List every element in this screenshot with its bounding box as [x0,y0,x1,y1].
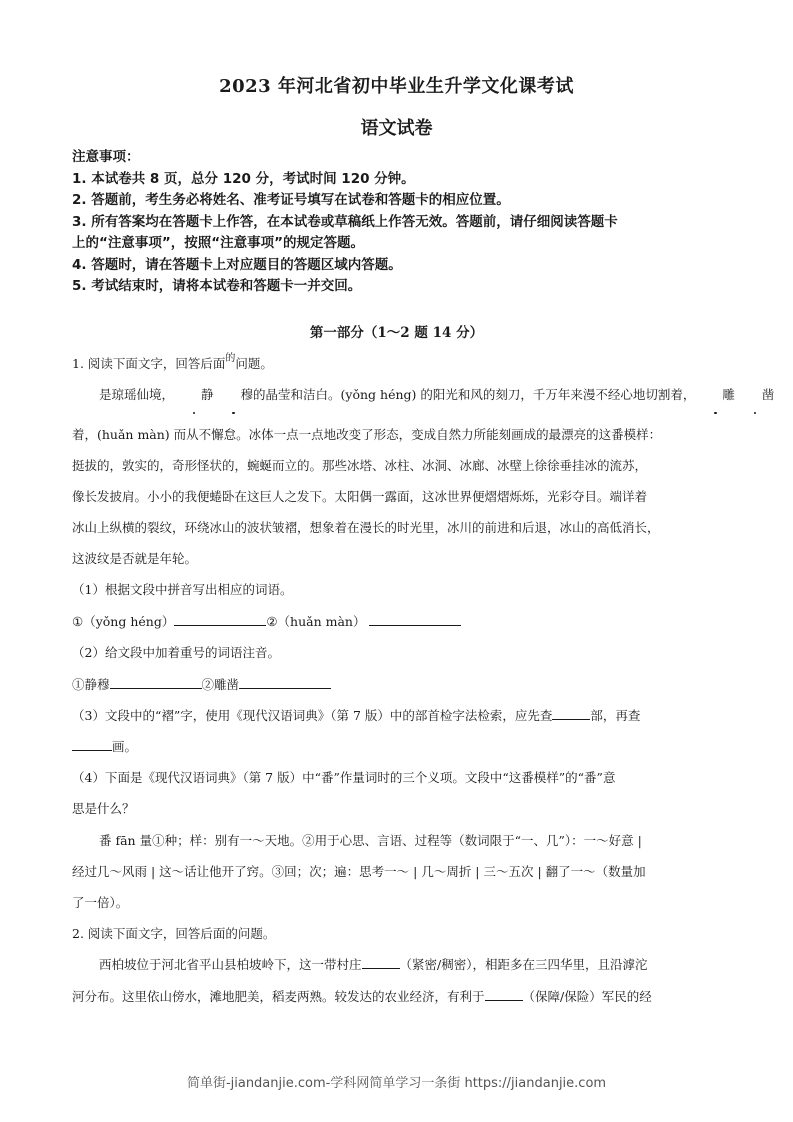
passage-line-1: 是琼瑶仙境，静穆的晶莹和洁白。(yǒng héng) 的阳光和风的刻刀，千万年来… [72,379,752,410]
sub-question-2-answers: ①静穆②雕凿 [72,675,331,693]
passage-line-3: 挺拔的，敦实的，奇形怪状的，蜿蜒而立的。那些冰塔、冰柱、冰洞、冰廊、冰壁上徐徐垂… [72,456,647,474]
answer-blank[interactable] [174,613,266,626]
dictionary-entry-line-3: 了一倍）。 [72,893,128,911]
notice-item: 3. 所有答案均在答题卡上作答，在本试卷或草稿纸上作答无效。答题前，请仔细阅读答… [72,212,732,234]
sub-question-4-line-1: （4）下面是《现代汉语词典》（第 7 版）中“番”作量词时的三个义项。文段中“这… [72,768,615,786]
passage-text: 河分布。这里依山傍水，滩地肥美，稻麦两熟。较发达的农业经济，有利于 [72,989,485,1004]
question-1-prompt: 1. 阅读下面文字，回答后面的问题。 [72,354,273,372]
notice-block: 注意事项： 1. 本试卷共 8 页，总分 120 分，考试时间 120 分钟。 … [72,147,732,298]
exam-title: 2023 年河北省初中毕业生升学文化课考试 [0,72,793,98]
answer-blank[interactable] [485,988,523,1001]
sub-question-3-line-2: 画。 [72,737,137,755]
sub-question-1-label: （1）根据文段中拼音写出相应的词语。 [72,580,292,598]
emphasis-char: 静 [174,379,214,410]
question-2-prompt: 2. 阅读下面文字，回答后面的问题。 [72,924,275,942]
passage-line-5: 冰山上纵横的裂纹，环绕冰山的波状皱褶，想象着在漫长的时光里，冰川的前进和后退，冰… [72,518,660,536]
answer-label: ①静穆 [72,677,110,692]
question-text: 部，再查 [590,708,640,723]
notice-item: 5. 考试结束时，请将本试卷和答题卡一并交回。 [72,276,732,298]
passage-line-6: 这波纹是否就是年轮。 [72,549,197,567]
passage-line-2: 着，(huǎn màn) 而从不懈怠。冰体一点一点地改变了形态，变成自然力所能刻… [72,425,661,443]
question-text: （3）文段中的“褶”字，使用《现代汉语词典》（第 7 版）中的部首检字法检索，应… [72,708,552,723]
answer-blank[interactable] [362,956,400,969]
dictionary-entry-line-2: 经过几～风雨 | 这～话让他开了窍。③回；次；遍：思考一～ | 几～周折 | 三… [72,862,646,880]
emphasis-char: 雕 [695,379,735,410]
answer-blank[interactable] [239,676,331,689]
answer-blank[interactable] [369,613,461,626]
q2-passage-line-2: 河分布。这里依山傍水，滩地肥美，稻麦两熟。较发达的农业经济，有利于（保障/保险）… [72,987,652,1005]
notice-item: 上的“注意事项”，按照“注意事项”的规定答题。 [72,233,732,255]
prompt-text: 问题。 [235,356,273,371]
notice-item: 2. 答题前，考生务必将姓名、准考证号填写在试卷和答题卡的相应位置。 [72,190,732,212]
sub-question-1-answers: ①（yǒng héng）②（huǎn màn） [72,612,461,630]
section-heading: 第一部分（1～2 题 14 分） [0,321,793,341]
question-text: 画。 [112,739,137,754]
passage-text: 西柏坡位于河北省平山县柏坡岭下，这一带村庄 [99,957,362,972]
answer-blank[interactable] [72,738,112,751]
answer-blank[interactable] [110,676,202,689]
passage-text: 是琼瑶仙境， [99,387,174,402]
q2-passage-line-1: 西柏坡位于河北省平山县柏坡岭下，这一带村庄（紧密/稠密），相距多在三四华里，且沿… [99,955,647,973]
footer-watermark: 简单街-jiandanjie.com-学科网简单学习一条街 https://ji… [0,1072,793,1091]
notice-heading: 注意事项： [72,147,732,169]
sub-question-2-label: （2）给文段中加着重号的词语注音。 [72,643,280,661]
answer-label: ②雕凿 [202,677,240,692]
notice-item: 4. 答题时，请在答题卡上对应题目的答题区域内答题。 [72,255,732,277]
passage-line-4: 像长发披肩。小小的我便蜷卧在这巨人之发下。太阳偶一露面，这冰世界便熠熠烁烁，光彩… [72,487,647,505]
sub-question-3-line-1: （3）文段中的“褶”字，使用《现代汉语词典》（第 7 版）中的部首检字法检索，应… [72,706,640,724]
emphasis-char: 穆 [214,379,254,410]
passage-text: （紧密/稠密），相距多在三四华里，且沿滹沱 [400,957,648,972]
answer-blank[interactable] [552,707,590,720]
answer-label: ②（huǎn màn） [266,614,365,629]
exam-subtitle: 语文试卷 [0,114,793,140]
notice-item: 1. 本试卷共 8 页，总分 120 分，考试时间 120 分钟。 [72,169,732,191]
sub-question-4-line-2: 思是什么？ [72,799,135,817]
answer-label: ①（yǒng héng） [72,614,174,629]
passage-text: 的晶莹和洁白。(yǒng héng) 的阳光和风的刻刀，千万年来漫不经心地切割着… [253,387,695,402]
prompt-sup: 的 [225,353,235,364]
exam-page: 2023 年河北省初中毕业生升学文化课考试 语文试卷 注意事项： 1. 本试卷共… [0,0,793,1122]
dictionary-entry-line-1: 番 fān 量①种；样：别有一～天地。②用于心思、言语、过程等（数词限于“一、几… [99,831,642,849]
passage-text: （保障/保险）军民的经 [523,989,652,1004]
prompt-text: 1. 阅读下面文字，回答后面 [72,356,225,371]
emphasis-char: 凿 [735,379,775,410]
